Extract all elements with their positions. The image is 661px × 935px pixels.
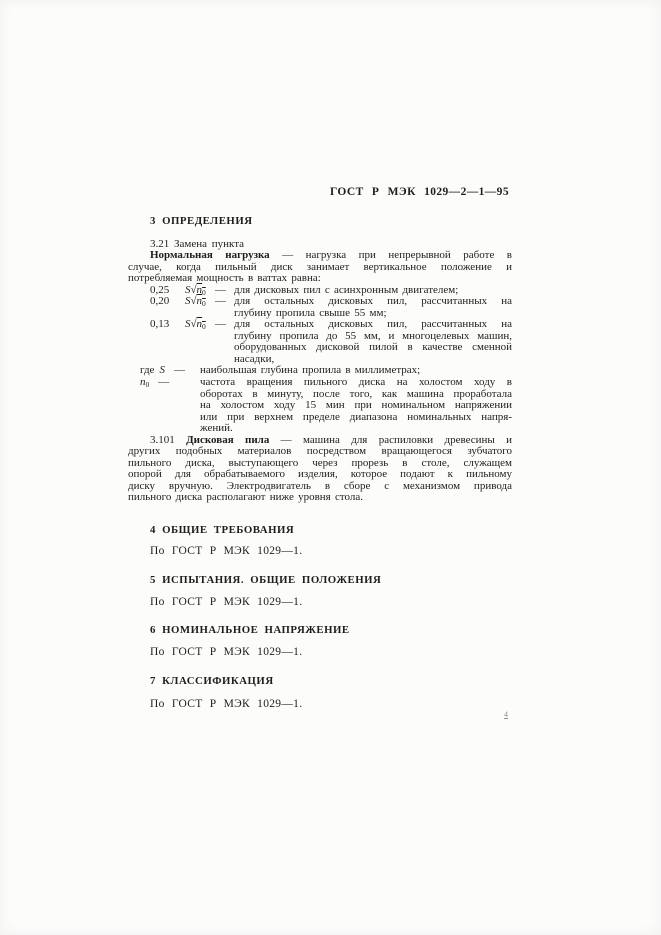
formula-s-sqrt-n0: S√n0 — [185, 296, 215, 319]
section-heading-6: 6 НОМИНАЛЬНОЕ НАПРЯЖЕНИЕ — [150, 624, 350, 636]
section-body-5: По ГОСТ Р МЭК 1029—1. — [150, 596, 302, 608]
dash: — — [215, 319, 234, 365]
where-word: где — [140, 364, 154, 376]
section-body-4: По ГОСТ Р МЭК 1029—1. — [150, 545, 302, 557]
dash: — — [158, 376, 169, 388]
clause-number: 3.101 — [150, 434, 186, 446]
section-heading-4: 4 ОБЩИЕ ТРЕБОВАНИЯ — [150, 524, 294, 536]
symbol-s: S — [159, 364, 165, 376]
paragraph-line: частота вращения пильного диска на холос… — [200, 377, 512, 389]
dash: — — [174, 364, 185, 376]
paragraph-line: для остальных дисковых пил, рассчитанных… — [234, 296, 512, 308]
paragraph-line: оборудованных дисковой пилой в качестве … — [234, 342, 512, 354]
definition-description: частота вращения пильного диска на холос… — [200, 377, 512, 435]
radicand: n0 — [197, 284, 206, 296]
formula-s-sqrt-n0: S√n0 — [185, 319, 215, 365]
coefficient: 0,20 — [150, 296, 185, 319]
item-description: для остальных дисковых пил, рассчитанных… — [234, 319, 512, 365]
section-body-6: По ГОСТ Р МЭК 1029—1. — [150, 646, 302, 658]
item-description: для остальных дисковых пил, рассчитанных… — [234, 296, 512, 319]
definition-n0: n0— частота вращения пильного диска на х… — [140, 377, 512, 435]
formula-item: 0,13 S√n0 — для остальных дисковых пил, … — [150, 319, 512, 365]
subscript-0: 0 — [202, 299, 206, 308]
term-bold: Дисковая пила — [186, 434, 269, 446]
definition-term: n0— — [140, 377, 200, 435]
subscript-0: 0 — [146, 380, 150, 389]
section-heading-7: 7 КЛАССИФИКАЦИЯ — [150, 675, 274, 687]
paragraph-line: или при верхнем пределе диапазона номина… — [200, 412, 512, 424]
page-number-mark: 4 — [504, 710, 508, 719]
section-heading-5: 5 ИСПЫТАНИЯ. ОБЩИЕ ПОЛОЖЕНИЯ — [150, 574, 381, 586]
section-body-7: По ГОСТ Р МЭК 1029—1. — [150, 698, 302, 710]
radicand: n0 — [197, 295, 206, 307]
radicand: n0 — [197, 318, 206, 330]
paragraph-line: пильного диска располагают ниже уровня с… — [128, 492, 512, 504]
definitions-body: Нормальная нагрузка — нагрузка при непре… — [128, 250, 512, 504]
section-heading-3: 3 ОПРЕДЕЛЕНИЯ — [150, 215, 253, 227]
subscript-0: 0 — [202, 322, 206, 331]
paragraph-text: — нагрузка при непрерывной работе в — [270, 249, 512, 261]
definition-term: гдеS— — [140, 365, 200, 377]
dash: — — [215, 296, 234, 319]
term-bold: Нормальная нагрузка — [150, 249, 270, 261]
coefficient: 0,13 — [150, 319, 185, 365]
formula-item: 0,20 S√n0 — для остальных дисковых пил, … — [150, 296, 512, 319]
paragraph-line: Нормальная нагрузка — нагрузка при непре… — [128, 250, 512, 262]
document-page: ГОСТ Р МЭК 1029—2—1—95 3 ОПРЕДЕЛЕНИЯ 3.2… — [0, 0, 661, 935]
doc-header: ГОСТ Р МЭК 1029—2—1—95 — [330, 186, 509, 198]
paragraph-text: — машина для распиловки древесины и — [269, 434, 512, 446]
paragraph-line: на холостом ходу 15 мин при номинальном … — [200, 400, 512, 412]
